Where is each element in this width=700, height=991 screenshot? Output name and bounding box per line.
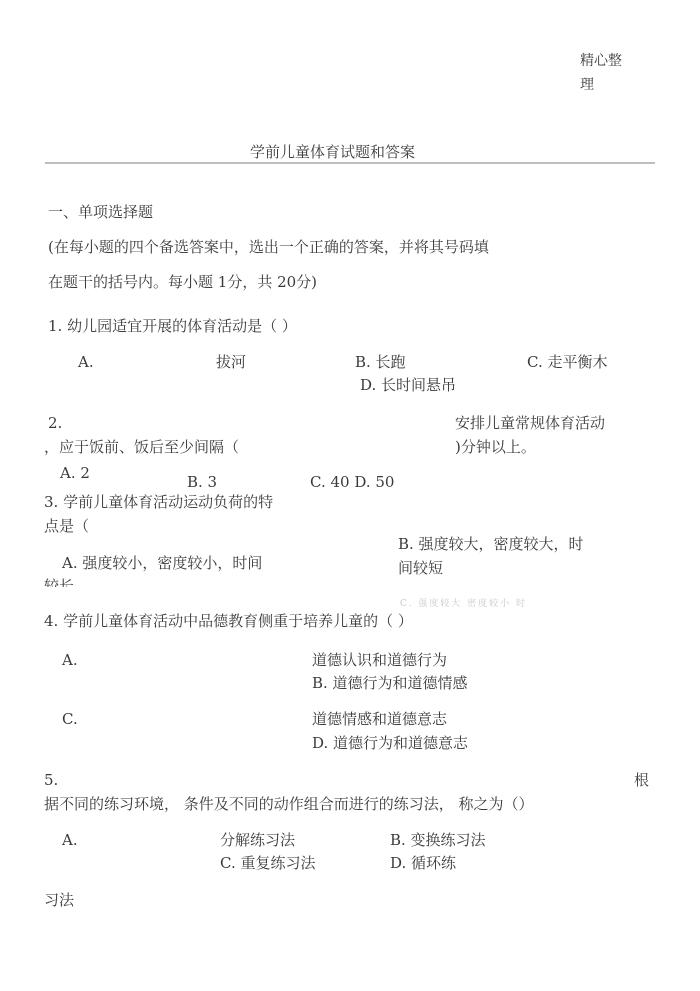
question-1-stem: 1. 幼儿园适宜开展的体育活动是（ ） bbox=[48, 316, 297, 336]
question-3-option-a-line1: A. 强度较小，密度较小，时间 bbox=[62, 553, 262, 573]
question-3-option-c-fragment: C. 强度较大 密度较小 时 bbox=[400, 594, 527, 614]
question-4-option-a-label: A. bbox=[62, 650, 78, 670]
question-3-stem-line1: 3. 学前儿童体育活动运动负荷的特 bbox=[44, 492, 273, 512]
question-5-option-d-wrap: 习法 bbox=[44, 890, 74, 910]
corner-note-line1: 精心整 bbox=[580, 50, 622, 72]
question-4-option-a-text: 道德认识和道德行为 bbox=[312, 650, 447, 670]
question-5-stem-line2: 据不同的练习环境， 条件及不同的动作组合而进行的练习法， 称之为（） bbox=[44, 794, 534, 814]
question-4-option-d: D. 道德行为和道德意志 bbox=[312, 733, 468, 753]
question-1-option-a-text: 拔河 bbox=[216, 352, 246, 372]
question-3-option-b-line1: B. 强度较大，密度较大，时 bbox=[398, 534, 584, 554]
question-2-stem-line2-right: )分钟以上。 bbox=[455, 437, 536, 457]
question-4-option-b: B. 道德行为和道德情感 bbox=[312, 673, 468, 693]
question-1-option-c: C. 走平衡木 bbox=[527, 352, 607, 372]
page-title: 学前儿童体育试题和答案 bbox=[250, 142, 415, 162]
question-2-option-b: B. 3 bbox=[187, 472, 217, 492]
question-2-option-a: A. 2 bbox=[60, 463, 90, 483]
question-4-option-c-label: C. bbox=[62, 709, 78, 729]
title-divider bbox=[45, 162, 655, 164]
question-4-option-c-text: 道德情感和道德意志 bbox=[312, 709, 447, 729]
instructions-line2: 在题干的括号内。每小题 1分，共 20分) bbox=[48, 272, 317, 292]
question-5-option-a-text: 分解练习法 bbox=[220, 830, 295, 850]
question-5-stem-right: 根 bbox=[634, 770, 649, 790]
question-4-stem: 4. 学前儿童体育活动中品德教育侧重于培养儿童的（ ） bbox=[44, 611, 413, 631]
question-2-option-cd: C. 40 D. 50 bbox=[310, 472, 394, 492]
section-heading: 一、单项选择题 bbox=[48, 202, 153, 222]
question-3-option-b-line2: 间较短 bbox=[398, 558, 443, 578]
question-1-option-b: B. 长跑 bbox=[355, 352, 406, 372]
question-3-stem-line2: 点是（ bbox=[44, 516, 89, 536]
corner-note-line2: 理 bbox=[580, 74, 594, 96]
question-2-number: 2. bbox=[48, 413, 62, 433]
question-5-option-c: C. 重复练习法 bbox=[220, 853, 315, 873]
question-5-option-b: B. 变换练习法 bbox=[390, 830, 486, 850]
question-1-option-a-label: A. bbox=[78, 352, 94, 372]
question-1-option-d: D. 长时间悬吊 bbox=[360, 375, 456, 395]
question-5-option-a-label: A. bbox=[62, 830, 78, 850]
question-5-option-d: D. 循环练 bbox=[390, 853, 456, 873]
instructions-line1: (在每小题的四个备选答案中，选出一个正确的答案，并将其号码填 bbox=[48, 237, 489, 257]
question-3-option-a-line2: 较长 bbox=[44, 576, 74, 587]
question-2-stem-line2-left: ，应于饭前、饭后至少间隔（ bbox=[44, 437, 239, 457]
question-2-stem-right: 安排儿童常规体育活动 bbox=[455, 413, 605, 433]
question-5-number: 5. bbox=[44, 770, 58, 790]
